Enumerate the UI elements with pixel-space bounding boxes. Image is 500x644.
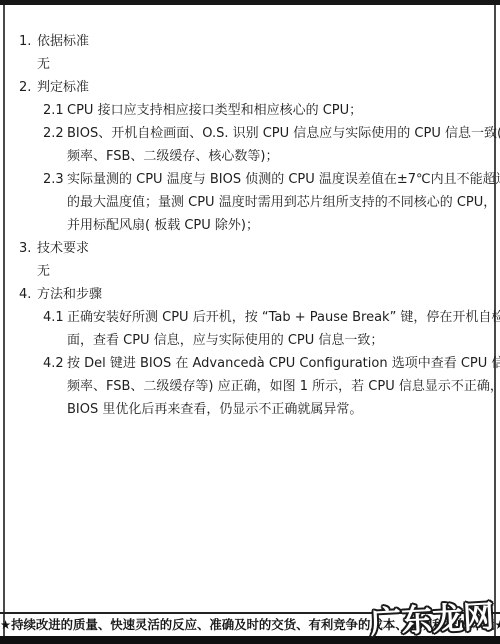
doc-line: 频率、FSB、二级缓存、核心数等)；: [6, 145, 493, 168]
clause-number: 2.1: [43, 99, 67, 122]
section-title: 技术要求: [37, 237, 89, 260]
scanned-document-page: 1. 依据标准 无 2. 判定标准 2.1 CPU 接口应支持相应接口类型和相应…: [0, 0, 500, 644]
page-left-border: [3, 5, 5, 637]
document-body: 1. 依据标准 无 2. 判定标准 2.1 CPU 接口应支持相应接口类型和相应…: [6, 30, 493, 421]
doc-line: 2.1 CPU 接口应支持相应接口类型和相应核心的 CPU；: [6, 99, 493, 122]
section-title: 判定标准: [37, 76, 89, 99]
doc-line: 并用标配风扇( 板载 CPU 除外)；: [6, 214, 493, 237]
clause-number: 2.2: [43, 122, 67, 145]
doc-line: 无: [6, 260, 493, 283]
watermark-logo: 广东龙网: [369, 591, 495, 642]
section-number: 3.: [19, 237, 37, 260]
doc-line: 的最大温度值；量测 CPU 温度时需用到芯片组所支持的不同核心的 CPU，: [6, 191, 493, 214]
section-heading: 4. 方法和步骤: [6, 283, 493, 306]
section-heading: 3. 技术要求: [6, 237, 493, 260]
doc-line: 4.1 正确安装好所测 CPU 后开机，按 “Tab + Pause Break…: [6, 306, 493, 329]
clause-number: 4.2: [43, 352, 67, 375]
doc-line: 面，查看 CPU 信息，应与实际使用的 CPU 信息一致；: [6, 329, 493, 352]
page-top-border: [0, 0, 500, 5]
section-title: 方法和步骤: [37, 283, 102, 306]
doc-line: 无: [6, 53, 493, 76]
doc-line: 2.3 实际量测的 CPU 温度与 BIOS 侦测的 CPU 温度误差值在±7℃…: [6, 168, 493, 191]
section-heading: 2. 判定标准: [6, 76, 493, 99]
clause-number: 4.1: [43, 306, 67, 329]
section-number: 2.: [19, 76, 37, 99]
doc-line: 4.2 按 Del 键进 BIOS 在 Advancedà CPU Config…: [6, 352, 493, 375]
clause-number: 2.3: [43, 168, 67, 191]
doc-line: BIOS 里优化后再来查看，仍显示不正确就属异常。: [6, 398, 493, 421]
section-title: 依据标准: [37, 30, 89, 53]
section-number: 1.: [19, 30, 37, 53]
section-heading: 1. 依据标准: [6, 30, 493, 53]
section-number: 4.: [19, 283, 37, 306]
doc-line: 频率、FSB、二级缓存等) 应正确，如图 1 所示，若 CPU 信息显示不正确，…: [6, 375, 493, 398]
doc-line: 2.2 BIOS、开机自检画面、O.S. 识别 CPU 信息应与实际使用的 CP…: [6, 122, 493, 145]
